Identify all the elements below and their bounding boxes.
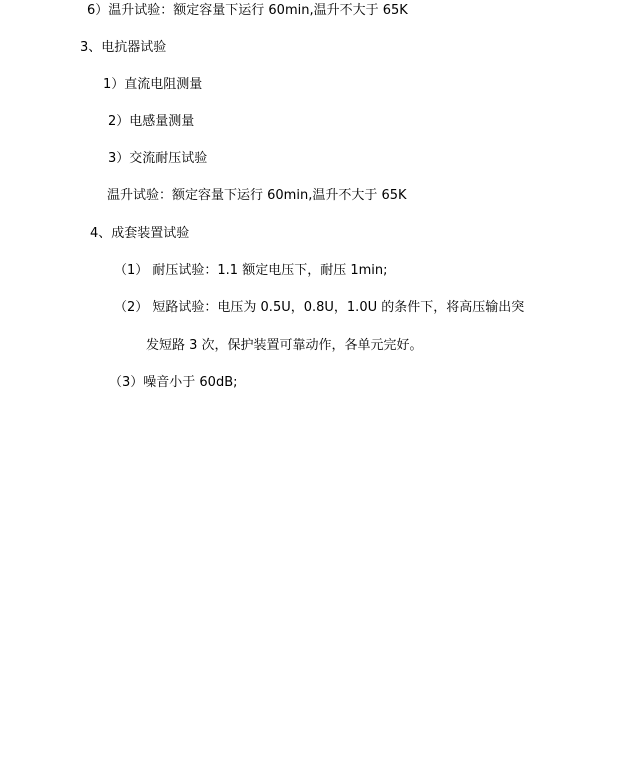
- item-noise: （3）噪音小于 60dB;: [109, 375, 238, 391]
- item-short-circuit: （2） 短路试验：电压为 0.5U，0.8U，1.0U 的条件下，将高压输出突: [114, 300, 524, 316]
- section-reactor-tests: 3、电抗器试验: [80, 40, 166, 56]
- section-complete-set-tests: 4、成套装置试验: [90, 226, 189, 242]
- item-temperature-rise-test: 6）温升试验：额定容量下运行 60min,温升不大于 65K: [87, 3, 408, 19]
- item-withstand-voltage: （1） 耐压试验：1.1 额定电压下，耐压 1min;: [114, 263, 388, 279]
- item-inductance: 2）电感量测量: [108, 114, 194, 130]
- item-reactor-temperature-rise: 温升试验：额定容量下运行 60min,温升不大于 65K: [107, 188, 407, 204]
- item-short-circuit-cont: 发短路 3 次，保护装置可靠动作，各单元完好。: [146, 338, 423, 354]
- item-ac-withstand: 3）交流耐压试验: [108, 151, 207, 167]
- item-dc-resistance: 1）直流电阻测量: [103, 77, 202, 93]
